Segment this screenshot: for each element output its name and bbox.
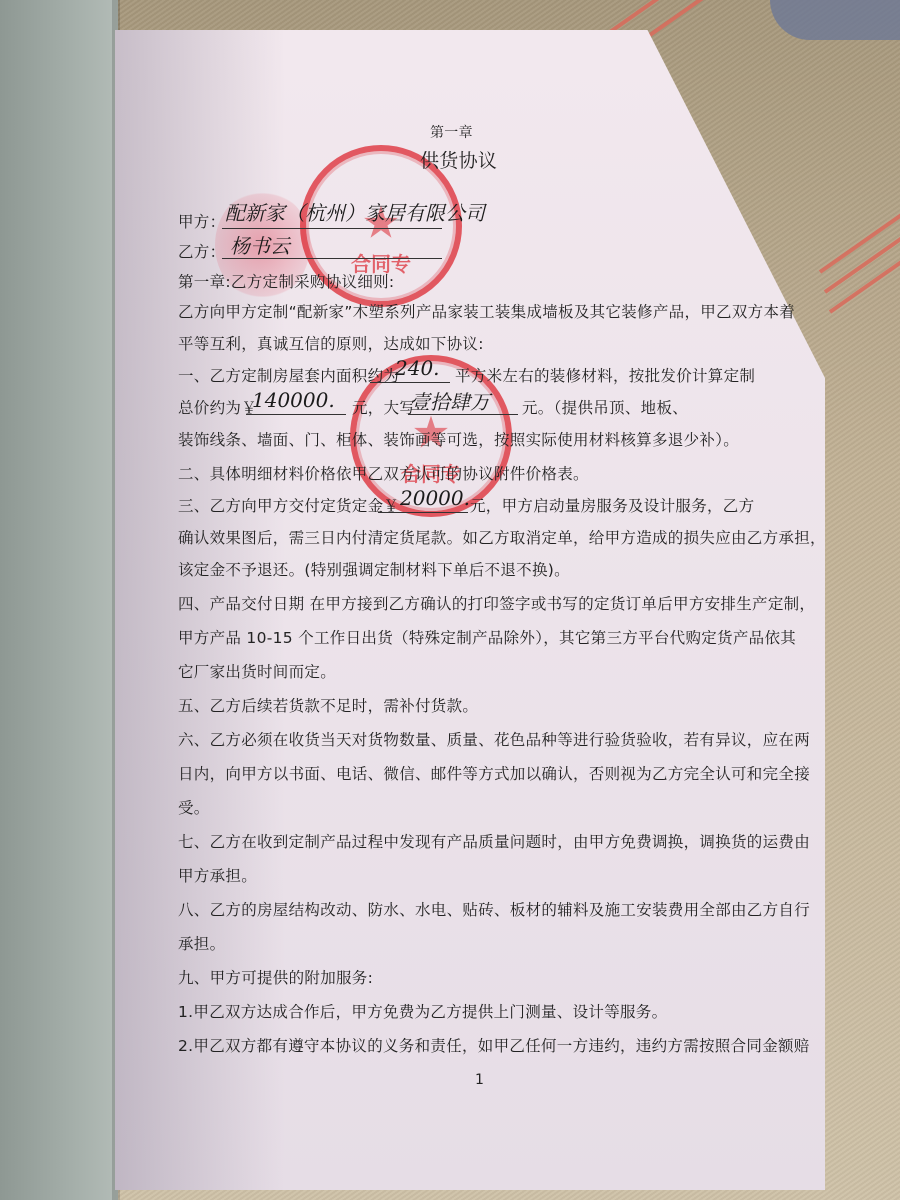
total-value: 140000. (252, 388, 335, 412)
clause1-post: 平方米左右的装修材料，按批发价计算定制 (455, 364, 755, 386)
section-heading: 第一章:乙方定制采购协议细则: (178, 270, 394, 292)
clause8-line2: 承担。 (178, 932, 225, 954)
total-words-line (408, 414, 518, 415)
clause1-pre: 一、乙方定制房屋套内面积约为 (178, 364, 399, 386)
booklet-cover (0, 0, 118, 1200)
clause1-post2: 元。（提供吊顶、地板、 (522, 396, 688, 418)
document-title: 供货协议 (420, 146, 497, 173)
clause7-line1: 七、乙方在收到定制产品过程中发现有产品质量问题时，由甲方免费调换，调换货的运费由 (178, 830, 810, 852)
clause7-line2: 甲方承担。 (178, 864, 257, 886)
area-value: 240. (395, 356, 440, 380)
clause4-line3: 它厂家出货时间而定。 (178, 660, 336, 682)
party-a-line (222, 228, 442, 229)
party-b-signature: 杨书云 (230, 230, 290, 259)
clause3-post: 元，甲方启动量房服务及设计服务，乙方 (470, 494, 754, 516)
party-a-label: 甲方： (178, 210, 225, 232)
clause3-pre: 三、乙方向甲方交付定货定金￥ (178, 494, 399, 516)
clause8-line1: 八、乙方的房屋结构改动、防水、水电、贴砖、板材的辅料及施工安装费用全部由乙方自行 (178, 898, 810, 920)
clause3-line2: 确认效果图后，需三日内付清定货尾款。如乙方取消定单，给甲方造成的损失应由乙方承担… (178, 526, 826, 548)
party-b-label: 乙方： (178, 240, 225, 262)
clause4-line2: 甲方产品 10-15 个工作日出货（特殊定制产品除外），其它第三方平台代购定货产… (178, 626, 796, 648)
party-a-signature: 配新家（杭州）家居有限公司 (225, 197, 485, 226)
intro-line-1: 乙方向甲方定制“配新家”木塑系列产品家装工装集成墙板及其它装修产品，甲乙双方本着 (178, 300, 795, 322)
clause6-line2: 日内，向甲方以书面、电话、微信、邮件等方式加以确认，否则视为乙方完全认可和完全接 (178, 762, 810, 784)
clause6-line3: 受。 (178, 796, 210, 818)
clause6-line1: 六、乙方必须在收货当天对货物数量、质量、花色品种等进行验货验收，若有异议，应在两 (178, 728, 810, 750)
intro-line-2: 平等互利，真诚互信的原则，达成如下协议: (178, 332, 484, 354)
clause4-line1: 四、产品交付日期 在甲方接到乙方确认的打印签字或书写的定货订单后甲方安排生产定制… (178, 592, 815, 614)
deposit-value: 20000. (400, 486, 470, 510)
clause1-line3: 装饰线条、墙面、门、柜体、装饰画等可选，按照实际使用材料核算多退少补）。 (178, 428, 739, 450)
area-line (370, 382, 450, 383)
blue-blanket (770, 0, 900, 40)
clause1-mid: 元，大写 (352, 396, 415, 418)
total-words: 壹拾肆万 (410, 386, 490, 415)
clause9-heading: 九、甲方可提供的附加服务: (178, 966, 373, 988)
deposit-line (378, 512, 468, 513)
clause5: 五、乙方后续若货款不足时，需补付货款。 (178, 694, 478, 716)
page-number: 1 (475, 1072, 484, 1088)
clause3-line3: 该定金不予退还。(特别强调定制材料下单后不退不换)。 (178, 558, 570, 580)
clause2: 二、具体明细材料价格依甲乙双方认可的协议附件价格表。 (178, 462, 589, 484)
clause9-item1: 1.甲乙双方达成合作后，甲方免费为乙方提供上门测量、设计等服务。 (178, 1000, 667, 1022)
party-b-line (222, 258, 442, 259)
clause9-item2: 2.甲乙双方都有遵守本协议的义务和责任，如甲乙任何一方违约，违约方需按照合同金额… (178, 1034, 810, 1056)
total-line (246, 414, 346, 415)
chapter-label: 第一章 (430, 122, 473, 142)
